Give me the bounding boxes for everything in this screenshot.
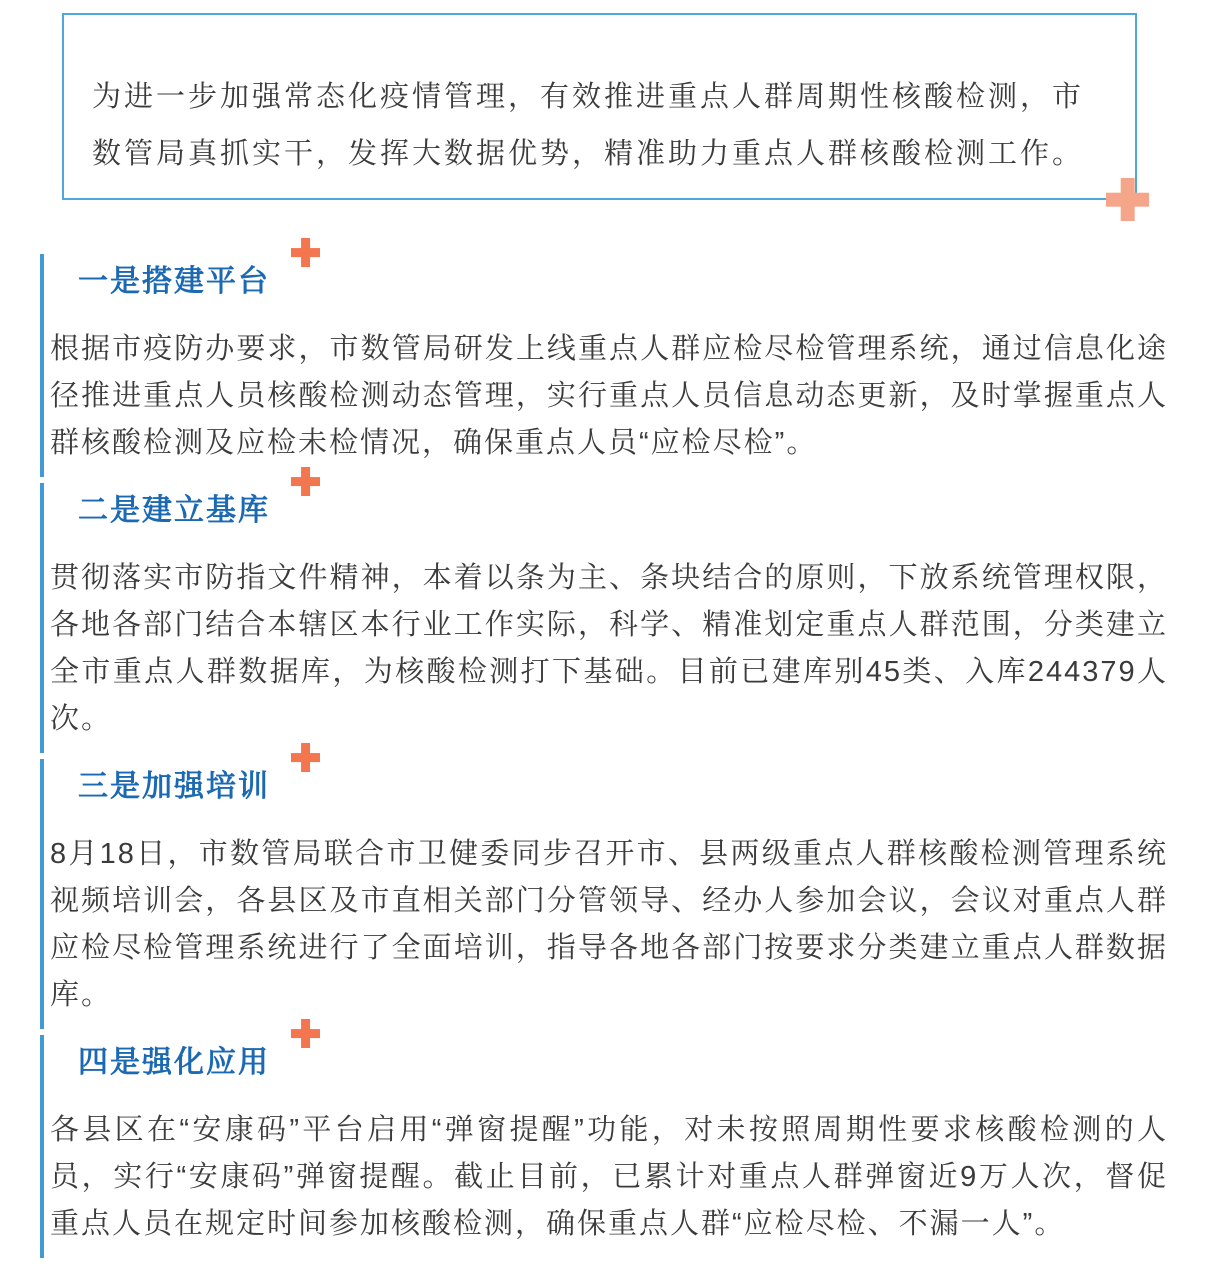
plus-icon	[291, 238, 320, 267]
section-database: 二是建立基库 贯彻落实市防指文件精神，本着以条为主、条块结合的原则，下放系统管理…	[40, 483, 1168, 753]
section-platform: 一是搭建平台 根据市疫防办要求，市数管局研发上线重点人群应检尽检管理系统，通过信…	[40, 254, 1168, 477]
plus-horizontal-bar	[291, 1029, 320, 1039]
plus-horizontal-bar	[291, 248, 320, 258]
section-title: 三是加强培训	[78, 771, 1168, 803]
section-title: 二是建立基库	[78, 495, 1168, 527]
section-body: 8月18日，市数管局联合市卫健委同步召开市、县两级重点人群核酸检测管理系统视频培…	[50, 831, 1168, 1019]
plus-horizontal-bar	[291, 477, 320, 487]
section-title: 一是搭建平台	[78, 266, 1168, 298]
intro-text: 为进一步加强常态化疫情管理，有效推进重点人群周期性核酸检测，市数管局真抓实干，发…	[92, 69, 1101, 183]
plus-icon	[1106, 178, 1149, 221]
section-application: 四是强化应用 各县区在“安康码”平台启用“弹窗提醒”功能，对未按照周期性要求核酸…	[40, 1035, 1168, 1258]
section-body: 根据市疫防办要求，市数管局研发上线重点人群应检尽检管理系统，通过信息化途径推进重…	[50, 326, 1168, 467]
section-body: 各县区在“安康码”平台启用“弹窗提醒”功能，对未按照周期性要求核酸检测的人员，实…	[50, 1107, 1168, 1248]
section-title: 四是强化应用	[78, 1047, 1168, 1079]
section-body: 贯彻落实市防指文件精神，本着以条为主、条块结合的原则，下放系统管理权限，各地各部…	[50, 555, 1168, 743]
plus-icon	[291, 467, 320, 496]
plus-horizontal-bar	[1106, 192, 1149, 207]
plus-icon	[291, 743, 320, 772]
intro-box: 为进一步加强常态化疫情管理，有效推进重点人群周期性核酸检测，市数管局真抓实干，发…	[62, 13, 1137, 200]
plus-horizontal-bar	[291, 753, 320, 763]
plus-icon	[291, 1019, 320, 1048]
section-training: 三是加强培训 8月18日，市数管局联合市卫健委同步召开市、县两级重点人群核酸检测…	[40, 759, 1168, 1029]
